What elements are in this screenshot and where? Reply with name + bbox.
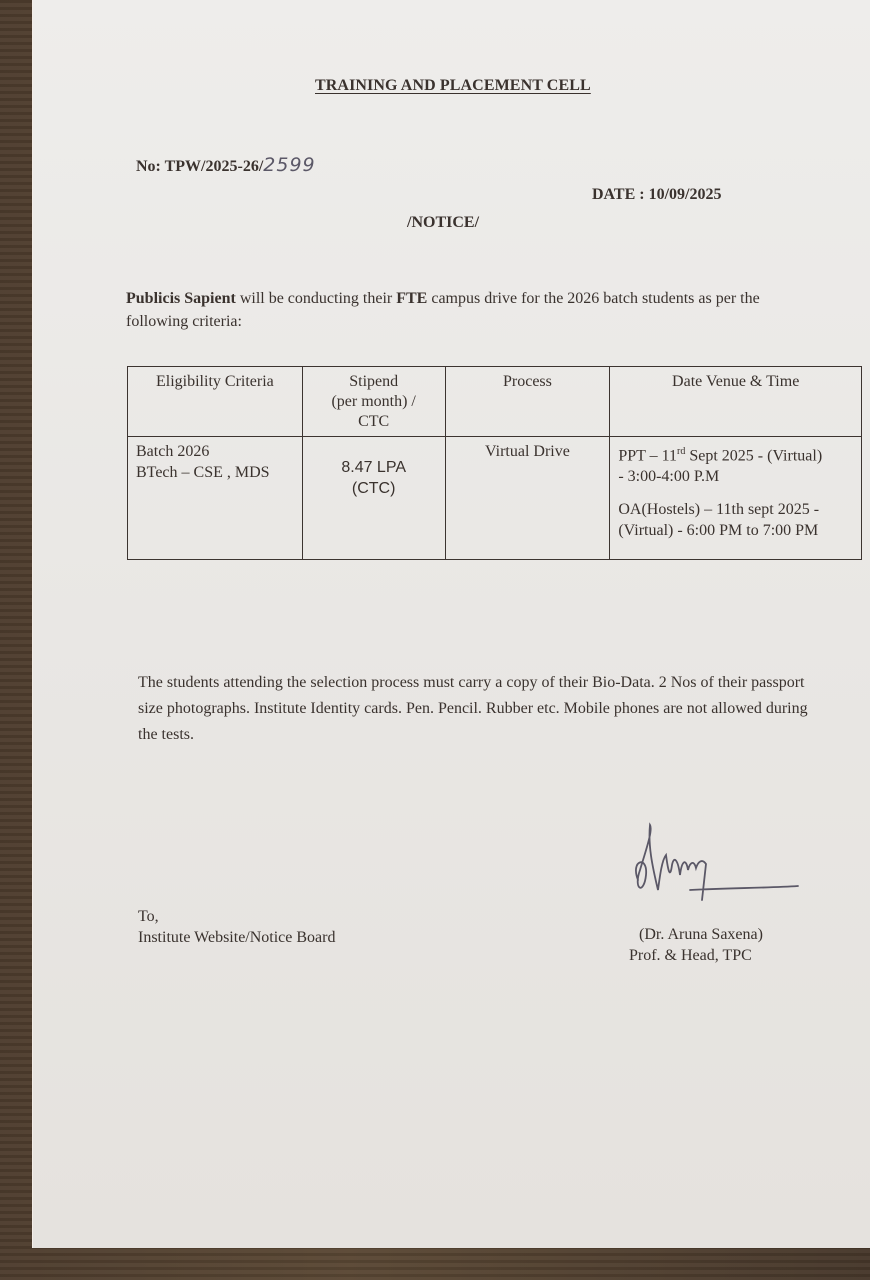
- header-process: Process: [445, 367, 610, 437]
- stipend-type: (CTC): [311, 478, 437, 499]
- notice-heading: /NOTICE/: [407, 214, 479, 232]
- signature-icon: [628, 820, 808, 915]
- oa-time: (Virtual) - 6:00 PM to 7:00 PM: [618, 520, 853, 541]
- header-stipend-line: CTC: [311, 412, 437, 432]
- reference-printed: TPW/2025-26/: [165, 158, 264, 175]
- instructions-paragraph: The students attending the selection pro…: [138, 670, 808, 748]
- cell-process: Virtual Drive: [445, 437, 610, 560]
- table-row: Batch 2026 BTech – CSE , MDS 8.47 LPA (C…: [128, 437, 862, 560]
- header-stipend-line: Stipend: [311, 372, 437, 392]
- recipient-block: To, Institute Website/Notice Board: [138, 906, 335, 948]
- signatory-designation: Prof. & Head, TPC: [629, 945, 763, 966]
- intro-text-1: will be conducting their: [236, 290, 396, 307]
- eligibility-branches: BTech – CSE , MDS: [136, 462, 294, 483]
- reference-number: No: TPW/2025-26/2599: [136, 154, 316, 176]
- cell-eligibility: Batch 2026 BTech – CSE , MDS: [128, 437, 303, 560]
- criteria-table: Eligibility Criteria Stipend (per month)…: [127, 366, 862, 560]
- header-stipend: Stipend (per month) / CTC: [302, 367, 445, 437]
- schedule-oa: OA(Hostels) – 11th sept 2025 - (Virtual)…: [618, 499, 853, 541]
- oa-date: OA(Hostels) – 11th sept 2025 -: [618, 499, 853, 520]
- schedule-ppt: PPT – 11rd Sept 2025 - (Virtual) - 3:00-…: [618, 441, 853, 487]
- cell-schedule: PPT – 11rd Sept 2025 - (Virtual) - 3:00-…: [610, 437, 862, 560]
- stipend-value: 8.47 LPA: [311, 457, 437, 478]
- company-name: Publicis Sapient: [126, 290, 236, 307]
- notice-paper: [33, 0, 870, 1248]
- recipient-to: To,: [138, 906, 335, 927]
- cell-stipend: 8.47 LPA (CTC): [302, 437, 445, 560]
- header-stipend-line: (per month) /: [311, 392, 437, 412]
- document-title: TRAINING AND PLACEMENT CELL: [315, 77, 591, 95]
- signatory-name: (Dr. Aruna Saxena): [629, 924, 763, 945]
- drive-type: FTE: [396, 290, 427, 307]
- header-eligibility: Eligibility Criteria: [128, 367, 303, 437]
- reference-label: No:: [136, 158, 161, 175]
- ppt-prefix: PPT – 11: [618, 447, 677, 464]
- notice-date: DATE : 10/09/2025: [592, 186, 721, 204]
- signatory-block: (Dr. Aruna Saxena) Prof. & Head, TPC: [629, 924, 763, 966]
- reference-handwritten: 2599: [263, 154, 315, 176]
- header-schedule: Date Venue & Time: [610, 367, 862, 437]
- ppt-time: - 3:00-4:00 P.M: [618, 466, 853, 487]
- recipient-target: Institute Website/Notice Board: [138, 927, 335, 948]
- eligibility-batch: Batch 2026: [136, 441, 294, 462]
- intro-paragraph: Publicis Sapient will be conducting thei…: [126, 287, 816, 333]
- table-header-row: Eligibility Criteria Stipend (per month)…: [128, 367, 862, 437]
- ppt-rest: Sept 2025 - (Virtual): [685, 447, 822, 464]
